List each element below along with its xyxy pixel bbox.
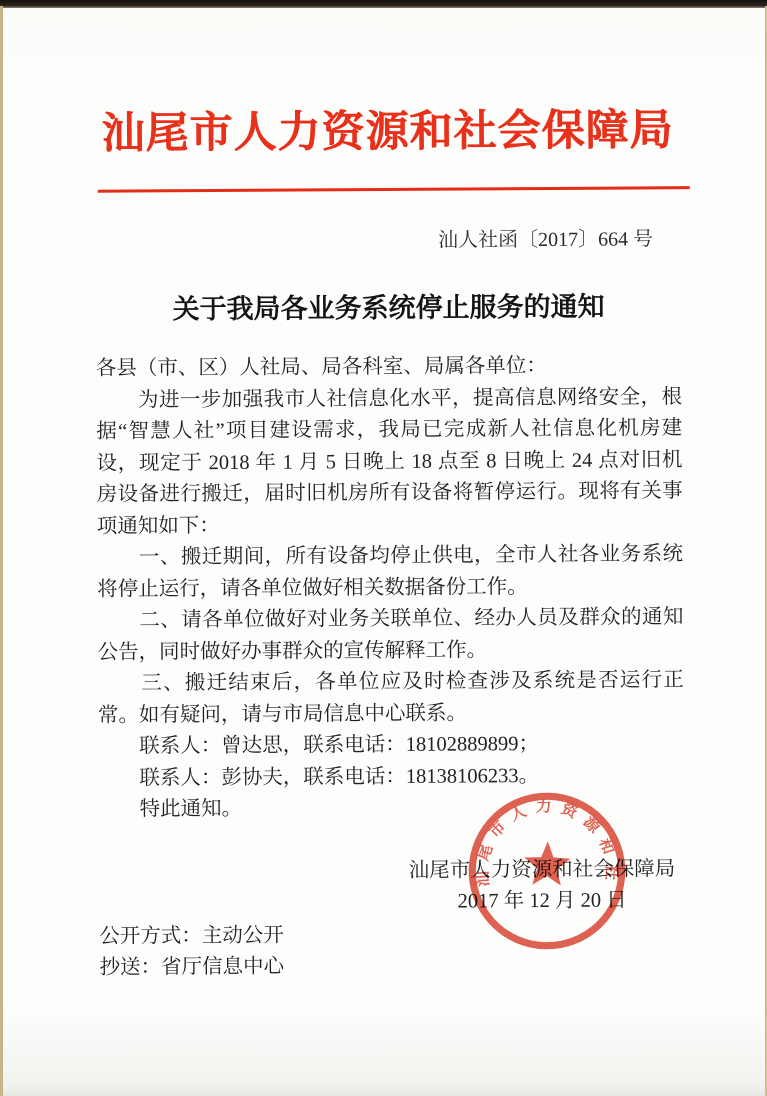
document-content: 汕尾市人力资源和社会保障局 汕人社函〔2017〕664 号 关于我局各业务系统停… bbox=[0, 0, 767, 1096]
body-line: 房设备进行搬迁，届时旧机房所有设备将暂停运行。现将有关事 bbox=[97, 476, 683, 511]
body-line: 将停止运行，请各单位做好相关数据备份工作。 bbox=[97, 571, 683, 606]
document-body: 各县（市、区）人社局、局各科室、局属各单位： 为进一步加强我市人社信息化水平，提… bbox=[96, 350, 685, 826]
body-line: 一、搬迁期间，所有设备均停止供电，全市人社各业务系统 bbox=[97, 539, 683, 574]
body-line: 各县（市、区）人社局、局各科室、局属各单位： bbox=[96, 350, 682, 385]
body-line: 二、请各单位做好对业务关联单位、经办人员及群众的通知 bbox=[97, 602, 683, 637]
letterhead-divider bbox=[98, 186, 690, 193]
footer-publish-method: 公开方式：主动公开 bbox=[99, 921, 284, 953]
official-seal-stamp: 汕尾市人力资源和社会保障局 bbox=[464, 788, 631, 955]
body-line: 三、搬迁结束后，各单位应及时检查涉及系统是否运行正 bbox=[98, 665, 684, 700]
document-footer: 公开方式：主动公开 抄送：省厅信息中心 bbox=[99, 921, 284, 984]
body-line: 常。如有疑问，请与市局信息中心联系。 bbox=[98, 697, 684, 732]
agency-letterhead: 汕尾市人力资源和社会保障局 bbox=[92, 96, 682, 161]
body-line: 联系人：彭协夫，联系电话：18138106233。 bbox=[98, 760, 684, 795]
body-line: 设，现定于 2018 年 1 月 5 日晚上 18 点至 8 日晚上 24 点对… bbox=[96, 445, 682, 480]
scanned-document-page: 汕尾市人力资源和社会保障局 汕人社函〔2017〕664 号 关于我局各业务系统停… bbox=[0, 0, 767, 1096]
scan-edge-left bbox=[0, 6, 3, 1096]
body-line: 为进一步加强我市人社信息化水平，提高信息网络安全，根 bbox=[96, 382, 682, 417]
body-line: 公告，同时做好办事群众的宣传解释工作。 bbox=[98, 634, 684, 669]
star-icon bbox=[523, 841, 571, 886]
document-title: 关于我局各业务系统停止服务的通知 bbox=[93, 284, 683, 327]
scan-edge-top bbox=[0, 0, 767, 8]
body-line: 项通知如下： bbox=[97, 508, 683, 543]
document-number: 汕人社函〔2017〕664 号 bbox=[438, 222, 653, 252]
body-line: 联系人：曾达思，联系电话：18102889899； bbox=[98, 728, 684, 763]
body-line: 据“智慧人社”项目建设需求，我局已完成新人社信息化机房建 bbox=[96, 413, 682, 448]
footer-copy-to: 抄送：省厅信息中心 bbox=[99, 952, 284, 984]
